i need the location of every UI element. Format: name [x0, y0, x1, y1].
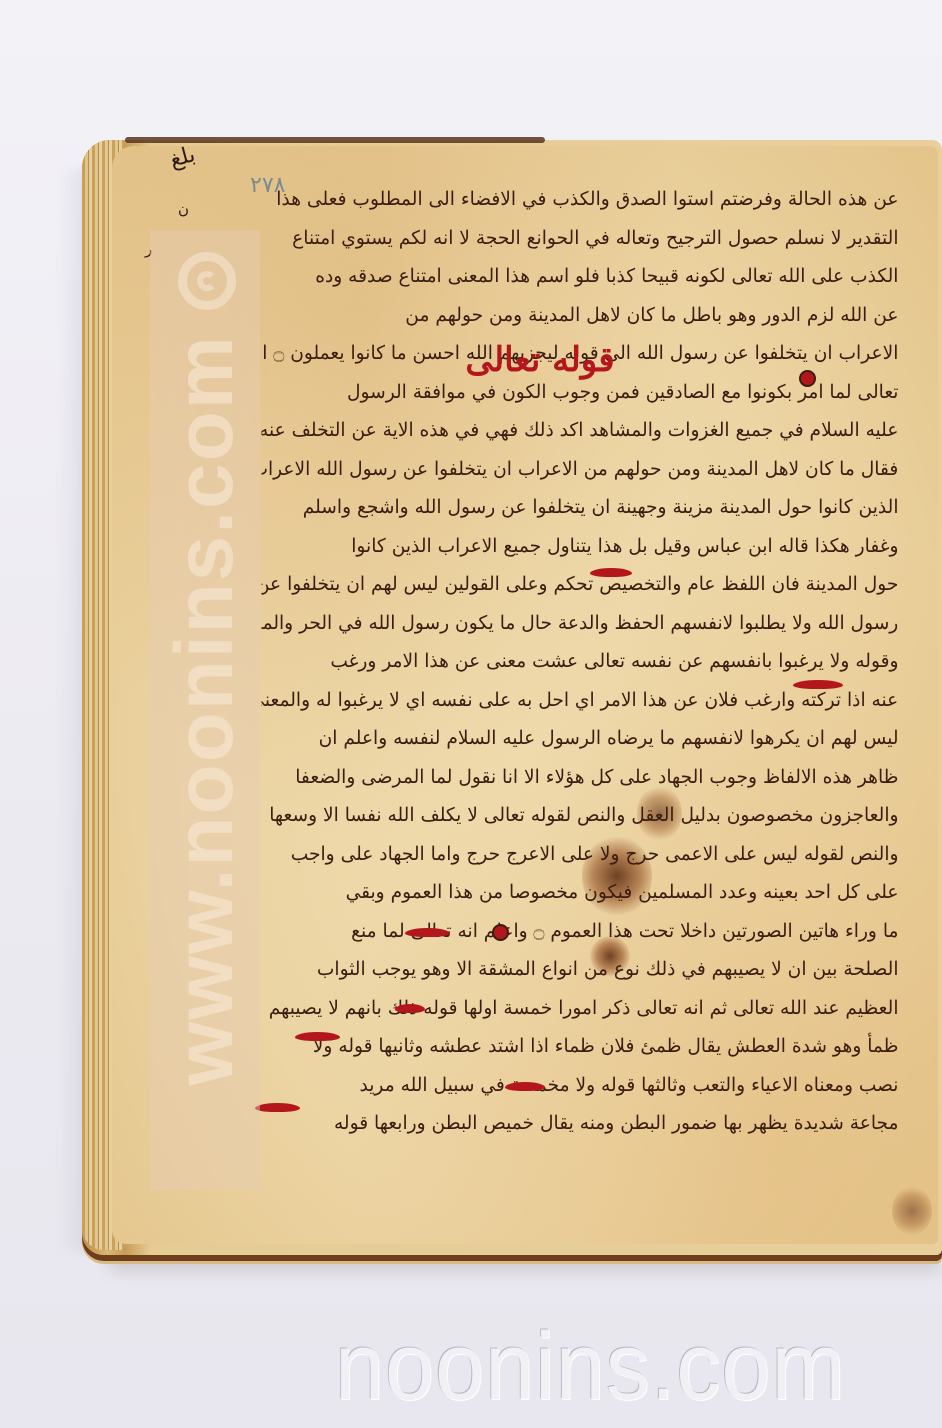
text-line: على كل احد بعينه وعدد المسلمين فيكون مخص…: [262, 873, 899, 912]
text-line: مجاعة شديدة يظهر بها ضمور البطن ومنه يقا…: [262, 1104, 899, 1143]
verse-marker: [799, 370, 816, 387]
watermark-bottom: noonins.com: [335, 1322, 896, 1412]
text-line: رسول الله ولا يطلبوا لانفسهم الحفظ والدع…: [262, 604, 899, 643]
text-line: وغفار هكذا قاله ابن عباس وقيل بل هذا يتن…: [262, 527, 899, 566]
watermark-vertical: www.noonins.com: [150, 230, 260, 1190]
corner-stain: [892, 1186, 932, 1236]
text-line: والعاجزون مخصوصون بدليل العقل والنص لقول…: [262, 796, 899, 835]
text-line: نصب ومعناه الاعياء والتعب وثالثها قوله و…: [262, 1066, 899, 1105]
rubric-overline: [793, 680, 843, 689]
text-line: عن هذه الحالة وفرضتم استوا الصدق والكذب …: [262, 180, 899, 219]
text-line: ليس لهم ان يكرهوا لانفسهم ما يرضاه الرسو…: [262, 719, 899, 758]
rubric-overline: [295, 1032, 340, 1041]
text-line: التقدير لا نسلم حصول الترجيح وتعاله في ا…: [262, 219, 899, 258]
text-line: الكذب على الله تعالى لكونه قبيحا كذبا فل…: [262, 257, 899, 296]
rubric-overline: [395, 1004, 425, 1013]
rubric-overline: [405, 928, 450, 937]
text-line: ظمأ وهو شدة العطش يقال ظمئ فلان ظماء اذا…: [262, 1027, 899, 1066]
text-line: فقال ما كان لاهل المدينة ومن حولهم من ال…: [262, 450, 899, 489]
text-line: العظيم عند الله تعالى ثم انه تعالى ذكر ا…: [262, 989, 899, 1028]
text-line: ظاهر هذه الالفاظ وجوب الجهاد على كل هؤلا…: [262, 758, 899, 797]
rubric-overline: [590, 568, 632, 577]
text-line: والنص لقوله ليس على الاعمى حرج ولا على ا…: [262, 835, 899, 874]
text-line: ما وراء هاتين الصورتين داخلا تحت هذا الع…: [262, 912, 899, 951]
rubric-overline: [505, 1082, 545, 1091]
rubric-heading: قوله تعالى: [455, 325, 625, 395]
text-line: حول المدينة فان اللفظ عام والتخصيص تحكم …: [262, 565, 899, 604]
text-line: الذين كانوا حول المدينة مزينة وجهينة ان …: [262, 488, 899, 527]
verse-marker: [492, 924, 509, 941]
rubric-overline: [255, 1103, 300, 1112]
margin-mark: ن: [178, 200, 189, 218]
text-line: عليه السلام في جميع الغزوات والمشاهد اكد…: [262, 411, 899, 450]
text-line: الصلحة بين ان لا يصيبهم في ذلك نوع من ان…: [262, 950, 899, 989]
text-line: وقوله ولا يرغبوا بانفسهم عن نفسه تعالى ع…: [262, 642, 899, 681]
